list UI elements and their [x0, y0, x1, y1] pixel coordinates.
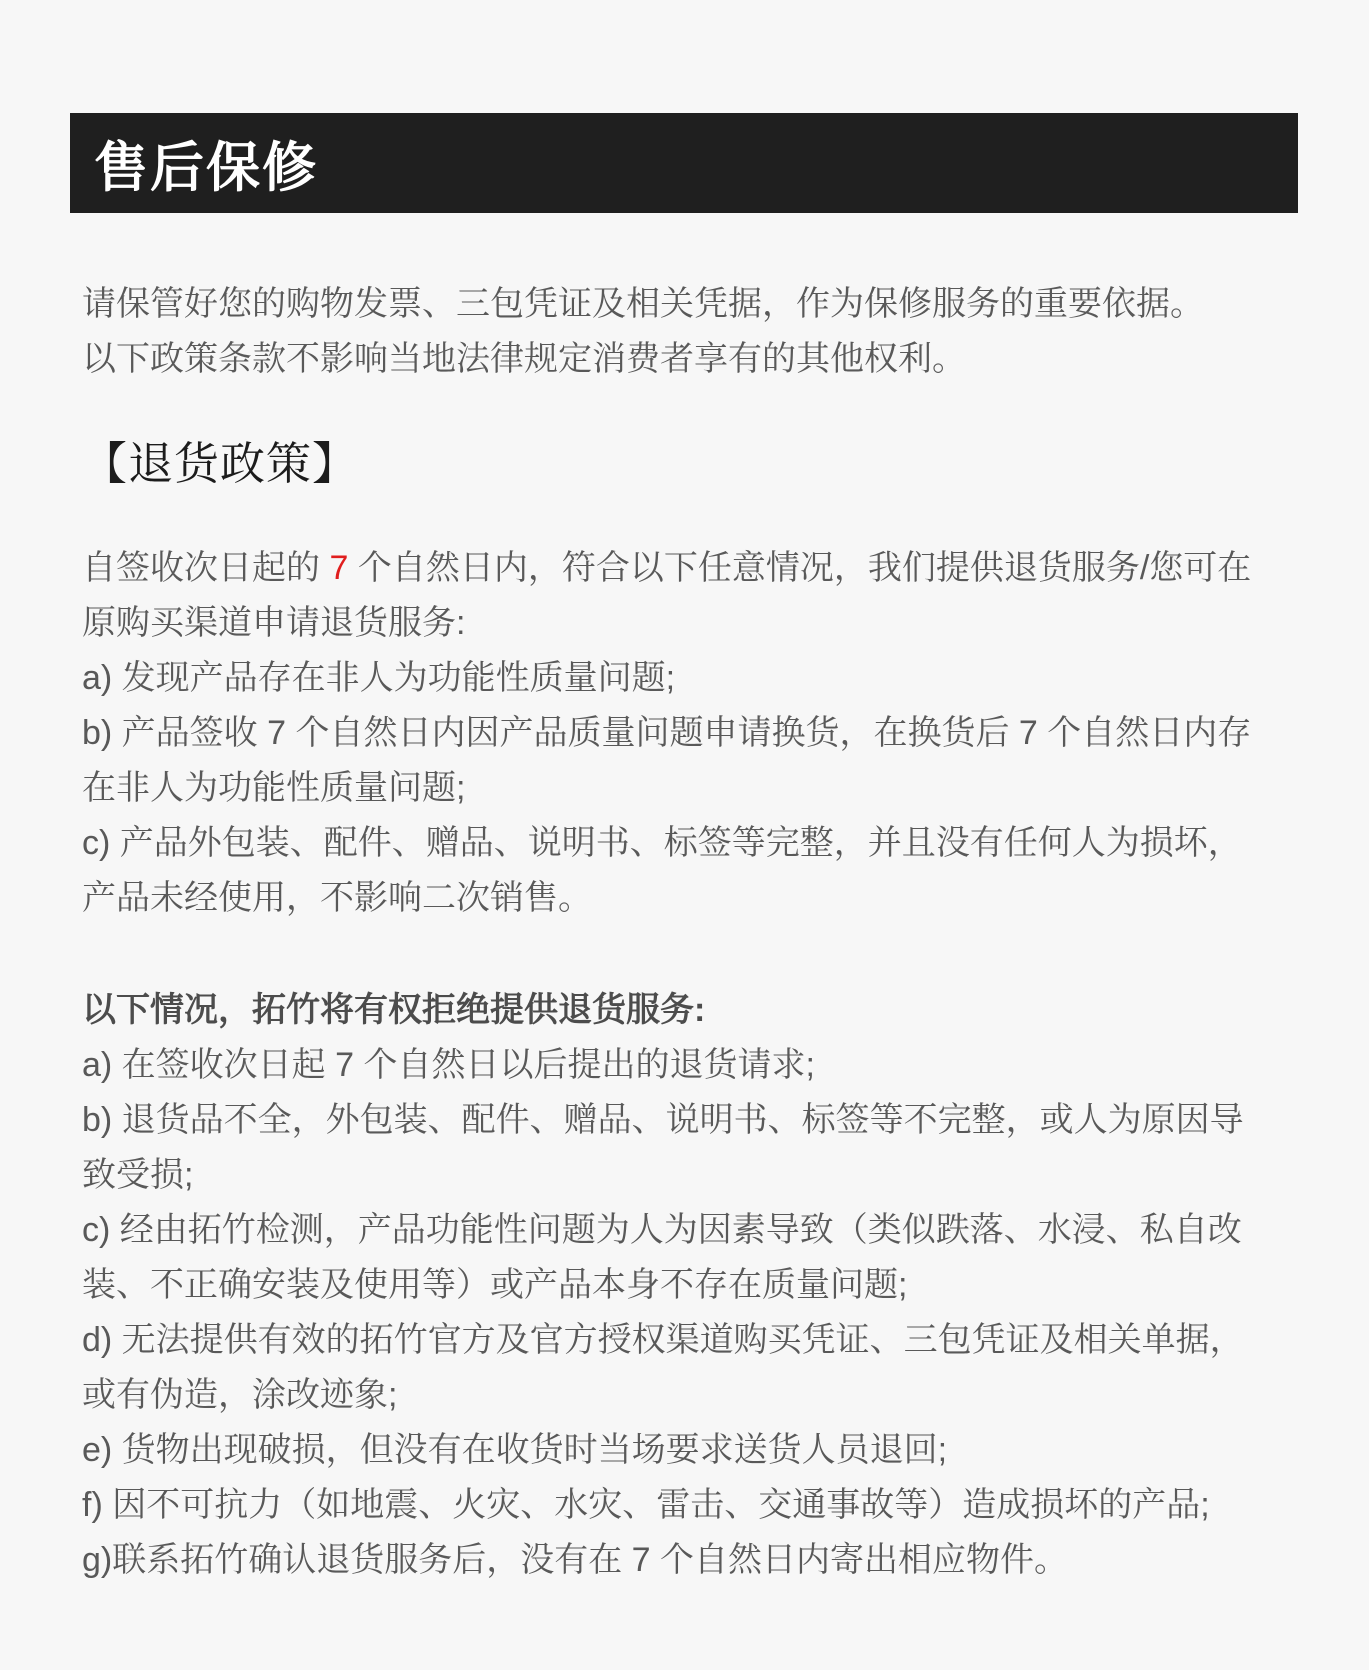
refusal-item: c) 经由拓竹检测，产品功能性问题为人为因素导致（类似跌落、水浸、私自改: [82, 1203, 1298, 1258]
refusal-item: e) 货物出现破损，但没有在收货时当场要求送货人员退回;: [82, 1423, 1298, 1478]
refusal-heading: 以下情况，拓竹将有权拒绝提供退货服务:: [82, 983, 1298, 1038]
eligibility-intro-line: 自签收次日起的 7 个自然日内，符合以下任意情况，我们提供退货服务/您可在: [82, 541, 1298, 596]
refusal-item: 装、不正确安装及使用等）或产品本身不存在质量问题;: [82, 1258, 1298, 1313]
intro-line: 以下政策条款不影响当地法律规定消费者享有的其他权利。: [82, 332, 1298, 387]
refusal-item: b) 退货品不全，外包装、配件、赠品、说明书、标签等不完整，或人为原因导: [82, 1093, 1298, 1148]
page-title: 售后保修: [94, 125, 318, 202]
return-policy-heading: 【退货政策】: [82, 433, 1298, 495]
eligibility-intro-prefix: 自签收次日起的: [82, 549, 329, 587]
refusal-item: a) 在签收次日起 7 个自然日以后提出的退货请求;: [82, 1038, 1298, 1093]
eligibility-intro-suffix: 个自然日内，符合以下任意情况，我们提供退货服务/您可在: [348, 549, 1251, 587]
refusal-item: d) 无法提供有效的拓竹官方及官方授权渠道购买凭证、三包凭证及相关单据，: [82, 1313, 1298, 1368]
policy-content: 请保管好您的购物发票、三包凭证及相关凭据，作为保修服务的重要依据。 以下政策条款…: [70, 277, 1298, 1588]
refusal-item: 或有伪造，涂改迹象;: [82, 1368, 1298, 1423]
intro-paragraph: 请保管好您的购物发票、三包凭证及相关凭据，作为保修服务的重要依据。 以下政策条款…: [82, 277, 1298, 387]
intro-line: 请保管好您的购物发票、三包凭证及相关凭据，作为保修服务的重要依据。: [82, 277, 1298, 332]
eligibility-item: c) 产品外包装、配件、赠品、说明书、标签等完整，并且没有任何人为损坏，: [82, 816, 1298, 871]
refusal-item: f) 因不可抗力（如地震、火灾、水灾、雷击、交通事故等）造成损坏的产品;: [82, 1478, 1298, 1533]
eligibility-intro-line: 原购买渠道申请退货服务:: [82, 596, 1298, 651]
eligibility-item: b) 产品签收 7 个自然日内因产品质量问题申请换货，在换货后 7 个自然日内存: [82, 706, 1298, 761]
eligibility-item: 在非人为功能性质量问题;: [82, 761, 1298, 816]
refusal-item: 致受损;: [82, 1148, 1298, 1203]
after-sales-warranty-page: 售后保修 请保管好您的购物发票、三包凭证及相关凭据，作为保修服务的重要依据。 以…: [0, 0, 1369, 1670]
highlight-7-days: 7: [329, 549, 348, 587]
refusal-item: g)联系拓竹确认退货服务后，没有在 7 个自然日内寄出相应物件。: [82, 1533, 1298, 1588]
return-eligibility-paragraph: 自签收次日起的 7 个自然日内，符合以下任意情况，我们提供退货服务/您可在 原购…: [82, 541, 1298, 926]
refusal-paragraph: 以下情况，拓竹将有权拒绝提供退货服务: a) 在签收次日起 7 个自然日以后提出…: [82, 983, 1298, 1588]
section-header-bar: 售后保修: [70, 113, 1298, 213]
eligibility-item: a) 发现产品存在非人为功能性质量问题;: [82, 651, 1298, 706]
eligibility-item: 产品未经使用，不影响二次销售。: [82, 871, 1298, 926]
